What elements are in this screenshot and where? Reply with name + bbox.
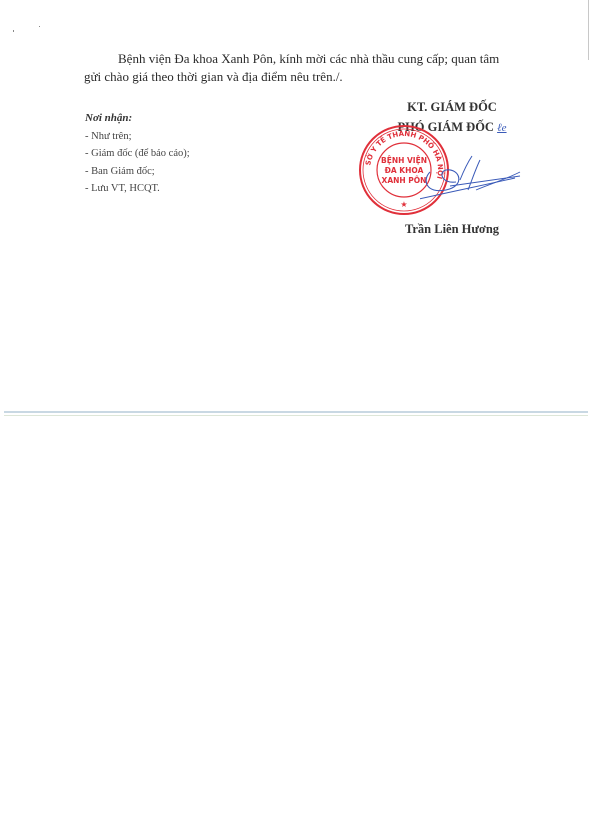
svg-text:★: ★ — [400, 200, 407, 209]
scan-edge-line — [588, 0, 589, 60]
closing-paragraph-line-1: Bệnh viện Đa khoa Xanh Pôn, kính mời các… — [84, 50, 536, 68]
signer-name: Trần Liên Hương — [372, 219, 532, 239]
signer-title-line-1: KT. GIÁM ĐỐC — [372, 97, 532, 117]
closing-paragraph: Bệnh viện Đa khoa Xanh Pôn, kính mời các… — [84, 50, 536, 86]
handwritten-signature-icon — [420, 150, 530, 210]
stamp-line-2: ĐA KHOA — [385, 166, 424, 175]
recipient-item: - Ban Giám đốc; — [85, 163, 190, 181]
scan-speck — [13, 30, 14, 32]
recipients-block: Nơi nhận: - Như trên; - Giám đốc (để báo… — [85, 110, 190, 198]
recipients-title: Nơi nhận: — [85, 110, 190, 128]
page-separator-top — [4, 411, 588, 413]
recipient-item: - Lưu VT, HCQT. — [85, 180, 190, 198]
recipient-item: - Như trên; — [85, 128, 190, 146]
scan-speck — [39, 26, 40, 27]
recipient-item: - Giám đốc (để báo cáo); — [85, 145, 190, 163]
closing-paragraph-line-2: gửi chào giá theo thời gian và địa điểm … — [84, 69, 343, 84]
page-separator-bottom — [4, 415, 588, 416]
initials-mark: ℓe — [497, 122, 506, 134]
